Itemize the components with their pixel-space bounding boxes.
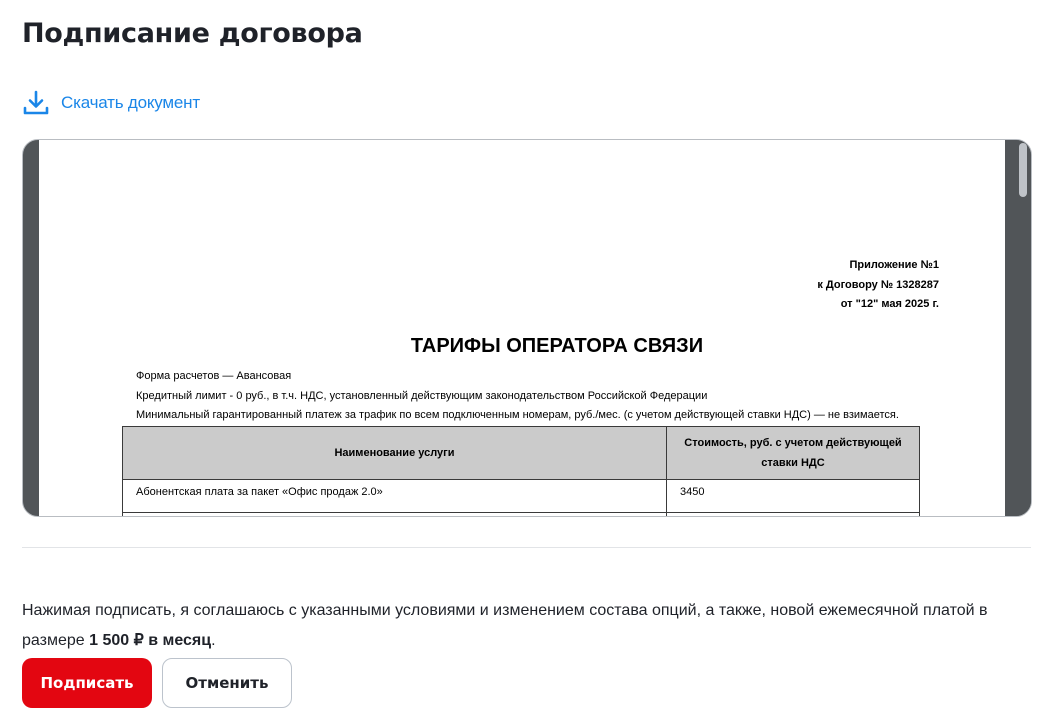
term-minimum-payment: Минимальный гарантированный платеж за тр… [136,406,899,426]
cell-service-name [123,513,667,518]
table-header-row: Наименование услуги Стоимость, руб. с уч… [123,427,920,480]
table-row: Абонентская плата за пакет «Офис продаж … [123,480,920,513]
header-service-name: Наименование услуги [123,427,667,480]
cell-cost: 3450 [667,480,920,513]
annex-line-1: Приложение №1 [817,256,939,276]
header-cost: Стоимость, руб. с учетом действующей ста… [667,427,920,480]
download-document-label: Скачать документ [61,93,200,113]
section-divider [22,547,1031,548]
tariff-table: Наименование услуги Стоимость, руб. с уч… [122,426,920,517]
table-row [123,513,920,518]
document-page: Приложение №1 к Договору № 1328287 от "1… [39,140,1005,517]
download-document-link[interactable]: Скачать документ [22,89,200,117]
term-payment-form: Форма расчетов — Авансовая [136,367,899,387]
sign-button[interactable]: Подписать [22,658,152,708]
document-scrollbar-track[interactable] [1005,140,1031,516]
download-icon [22,89,50,117]
cancel-button[interactable]: Отменить [162,658,292,708]
annex-header: Приложение №1 к Договору № 1328287 от "1… [817,256,939,315]
consent-text: Нажимая подписать, я соглашаюсь с указан… [22,596,1032,656]
cell-service-name: Абонентская плата за пакет «Офис продаж … [123,480,667,513]
consent-suffix: . [211,632,215,649]
term-credit-limit: Кредитный лимит - 0 руб., в т.ч. НДС, ус… [136,387,899,407]
page-title: Подписание договора [22,18,363,49]
document-scrollbar-thumb[interactable] [1019,143,1027,197]
monthly-fee-amount: 1 500 ₽ в месяц [89,632,211,649]
document-viewer[interactable]: Приложение №1 к Договору № 1328287 от "1… [22,139,1032,517]
payment-terms: Форма расчетов — Авансовая Кредитный лим… [136,367,899,426]
annex-line-3: от "12" мая 2025 г. [817,295,939,315]
cell-cost [667,513,920,518]
document-title: ТАРИФЫ ОПЕРАТОРА СВЯЗИ [39,335,1032,358]
annex-line-2: к Договору № 1328287 [817,276,939,296]
